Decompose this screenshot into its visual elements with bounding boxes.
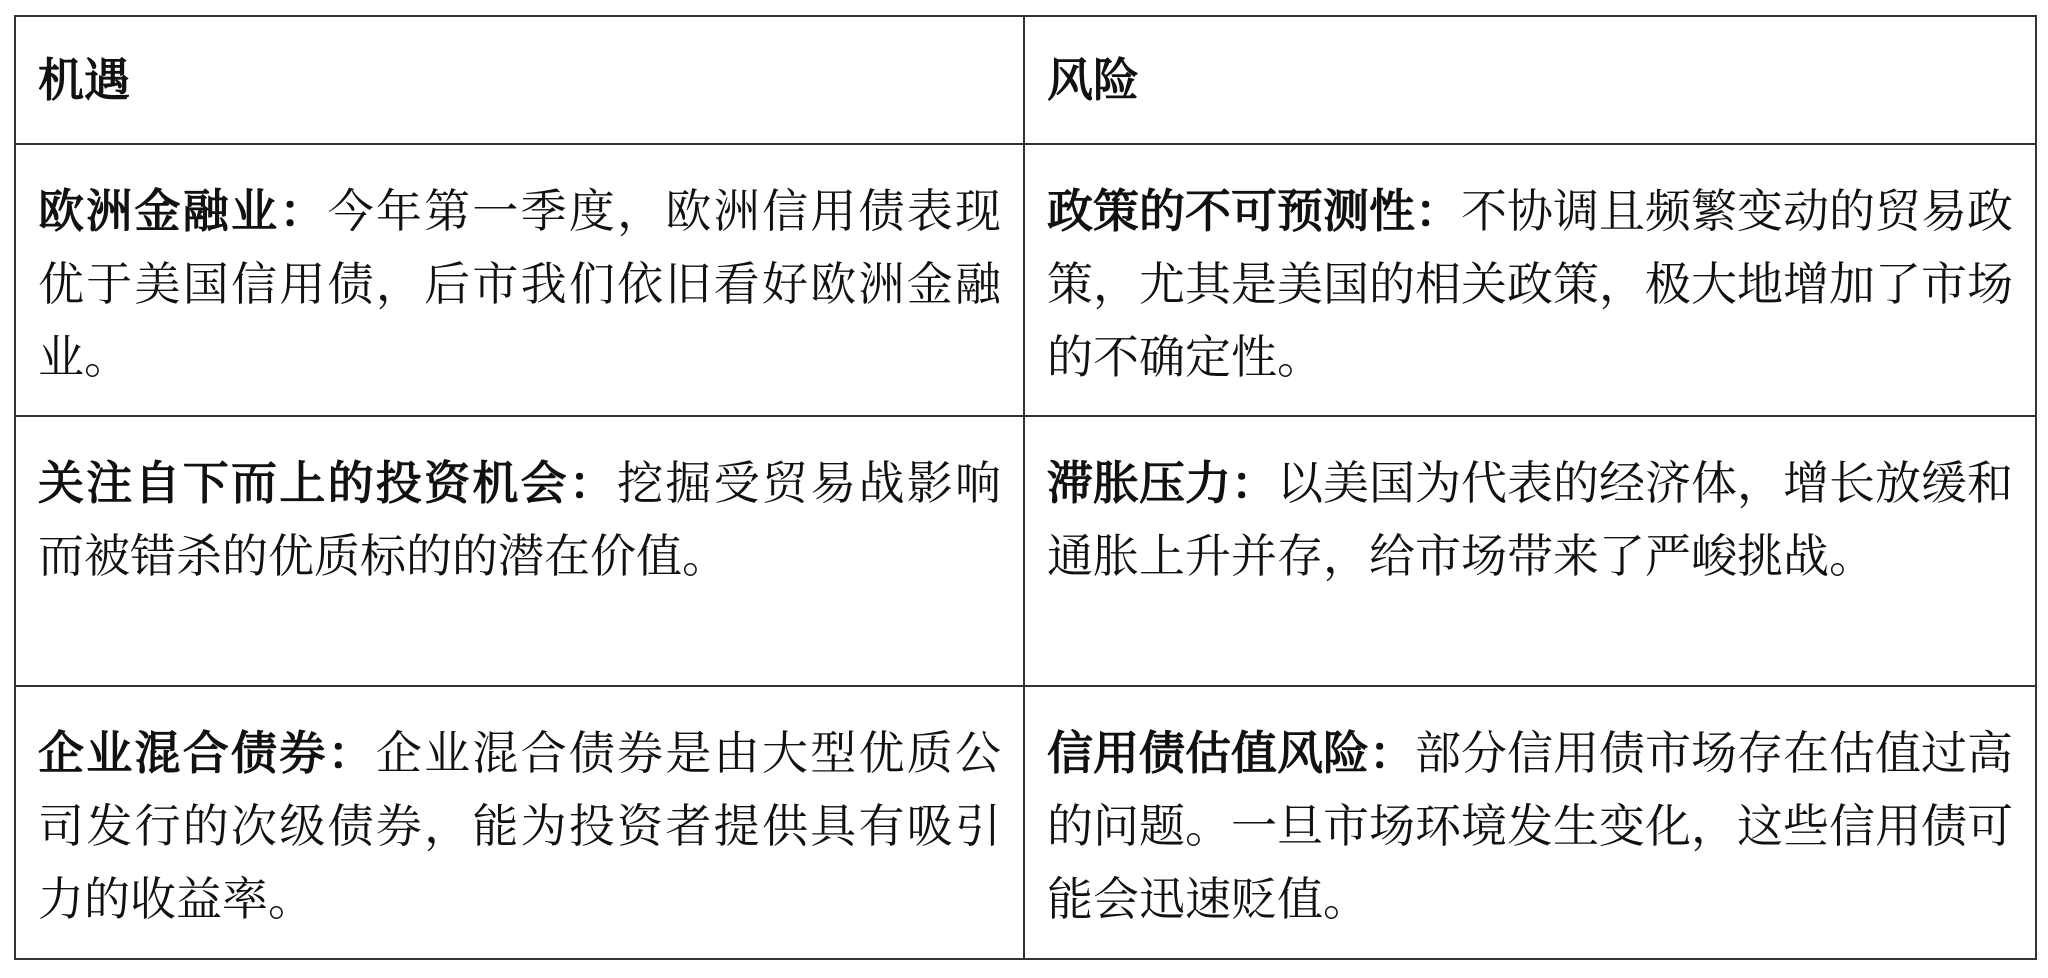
table-row: 企业混合债券：企业混合债券是由大型优质公司发行的次级债券，能为投资者提供具有吸引… xyxy=(15,686,2036,959)
opportunity-title: 欧洲金融业： xyxy=(38,186,328,237)
opportunity-title: 企业混合债券： xyxy=(38,728,376,779)
opportunity-cell: 欧洲金融业：今年第一季度，欧洲信用债表现优于美国信用债，后市我们依旧看好欧洲金融… xyxy=(15,144,1024,416)
risk-cell: 政策的不可预测性：不协调且频繁变动的贸易政策，尤其是美国的相关政策，极大地增加了… xyxy=(1024,144,2036,416)
opportunity-cell: 关注自下而上的投资机会：挖掘受贸易战影响而被错杀的优质标的的潜在价值。 xyxy=(15,416,1024,686)
opportunities-risks-table: 机遇 风险 欧洲金融业：今年第一季度，欧洲信用债表现优于美国信用债，后市我们依旧… xyxy=(14,15,2037,960)
opportunity-cell: 企业混合债券：企业混合债券是由大型优质公司发行的次级债券，能为投资者提供具有吸引… xyxy=(15,686,1024,959)
table-row: 欧洲金融业：今年第一季度，欧洲信用债表现优于美国信用债，后市我们依旧看好欧洲金融… xyxy=(15,144,2036,416)
risk-cell: 信用债估值风险：部分信用债市场存在估值过高的问题。一旦市场环境发生变化，这些信用… xyxy=(1024,686,2036,959)
header-opportunities: 机遇 xyxy=(15,16,1024,144)
risk-cell: 滞胀压力：以美国为代表的经济体，增长放缓和通胀上升并存，给市场带来了严峻挑战。 xyxy=(1024,416,2036,686)
risk-title: 信用债估值风险： xyxy=(1047,728,1415,779)
header-risks: 风险 xyxy=(1024,16,2036,144)
risk-title: 滞胀压力： xyxy=(1047,458,1277,509)
risk-title: 政策的不可预测性： xyxy=(1047,186,1461,237)
table-header-row: 机遇 风险 xyxy=(15,16,2036,144)
table-row: 关注自下而上的投资机会：挖掘受贸易战影响而被错杀的优质标的的潜在价值。 滞胀压力… xyxy=(15,416,2036,686)
opportunity-title: 关注自下而上的投资机会： xyxy=(38,458,617,509)
